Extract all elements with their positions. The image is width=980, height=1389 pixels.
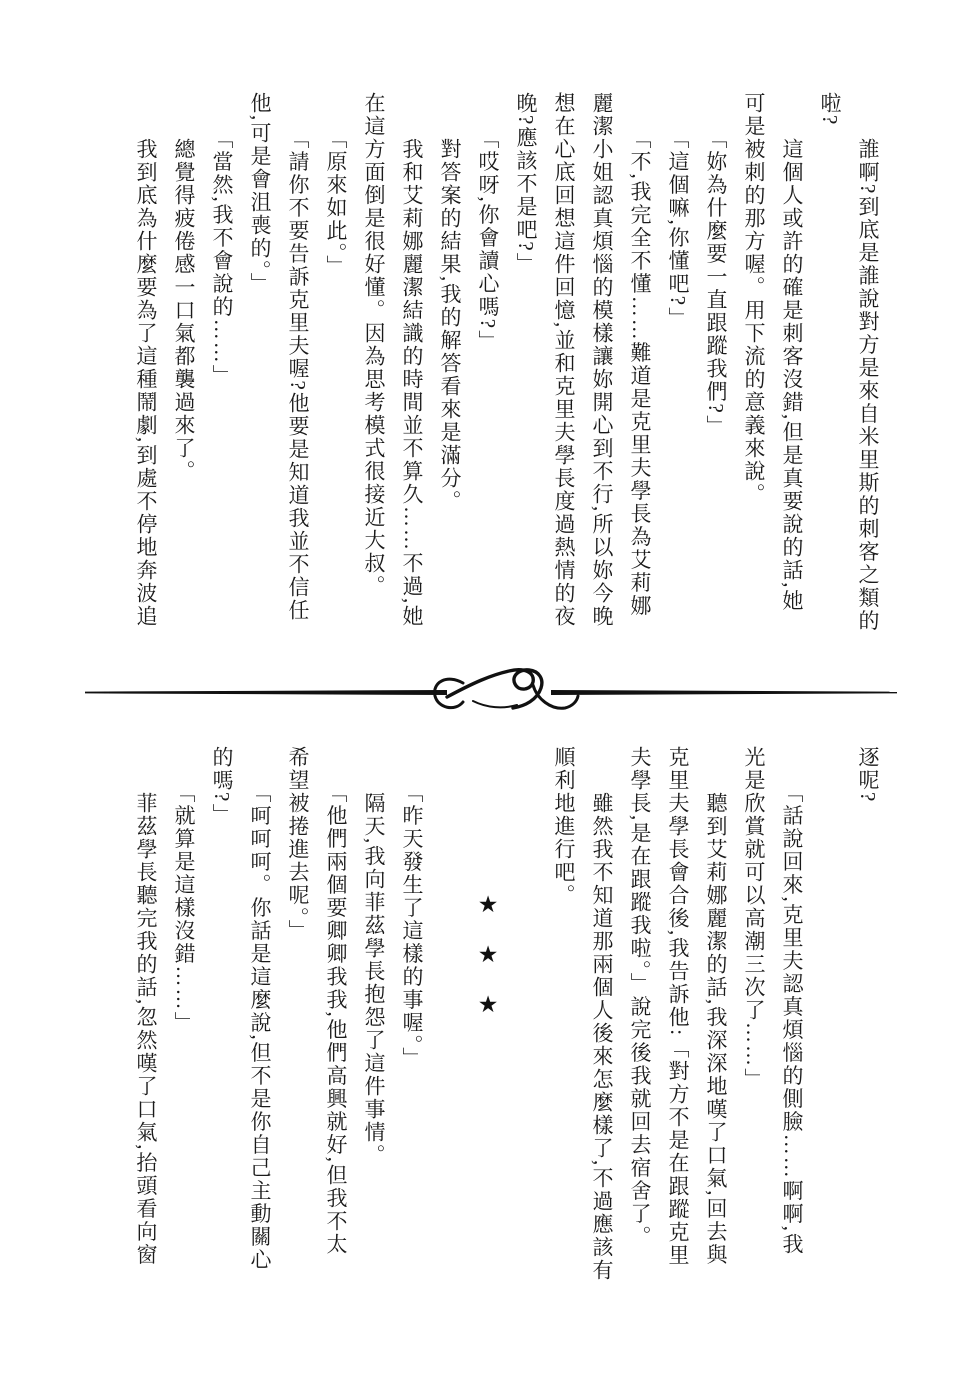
top-text-block: 誰啊?到底是誰說對方是來自米里斯的刺客之類的啦? 這個人或許的確是刺客沒錯,但是…	[127, 92, 887, 648]
text-column: 菲茲學長聽完我的話,忽然嘆了口氣,抬頭看向窗	[127, 746, 165, 1302]
text-column: 誰啊?到底是誰說對方是來自米里斯的刺客之類的	[849, 92, 887, 648]
text-column: 「這個嘛,你懂吧?」	[659, 92, 697, 648]
text-column: 「妳為什麼要一直跟蹤我們?」	[697, 92, 735, 648]
text-column: 順利地進行吧。	[545, 746, 583, 1302]
text-column: 「呵呵呵。你話是這麼說,但不是你自己主動關心	[241, 746, 279, 1302]
text-column: 「當然,我不會說的……」	[203, 92, 241, 648]
text-column: 夫學長,是在跟蹤我啦。」說完後我就回去宿舍了。	[621, 746, 659, 1302]
text-column: 「請你不要告訴克里夫喔?他要是知道我並不信任	[279, 92, 317, 648]
divider-line-right	[551, 690, 897, 695]
divider-line-left	[85, 690, 447, 695]
blank-column	[431, 746, 469, 1302]
text-column: 可是被刺的那方喔。用下流的意義來說。	[735, 92, 773, 648]
text-column: 我到底為什麼要為了這種鬧劇,到處不停地奔波追	[127, 92, 165, 648]
text-column: 雖然我不知道那兩個人後來怎麼樣了,不過應該有	[583, 746, 621, 1302]
text-column: 「原來如此。」	[317, 92, 355, 648]
text-column: 總覺得疲倦感一口氣都襲過來了。	[165, 92, 203, 648]
text-column: 想在心底回想這件回憶,並和克里夫學長度過熱情的夜	[545, 92, 583, 648]
text-column: 逐呢?	[849, 746, 887, 1302]
blank-column	[811, 746, 849, 1302]
calligraphic-flourish-icon	[425, 655, 595, 725]
text-column: 在這方面倒是很好懂。因為思考模式很接近大叔。	[355, 92, 393, 648]
text-column: 的嗎?」	[203, 746, 241, 1302]
text-column: 「就算是這樣沒錯……」	[165, 746, 203, 1302]
blank-column	[507, 746, 545, 1302]
text-column: 晚?應該不是吧?」	[507, 92, 545, 648]
scene-break-stars: ★★★	[469, 746, 507, 1302]
text-column: 「不,我完全不懂……難道是克里夫學長為艾莉娜	[621, 92, 659, 648]
text-column: 啦?	[811, 92, 849, 648]
text-column: 「昨天發生了這樣的事喔。」	[393, 746, 431, 1302]
text-column: 這個人或許的確是刺客沒錯,但是真要說的話,她	[773, 92, 811, 648]
text-column: 「話說回來,克里夫認真煩惱的側臉……啊啊,我	[773, 746, 811, 1302]
text-column: 對答案的結果,我的解答看來是滿分。	[431, 92, 469, 648]
text-column: 「哎呀,你會讀心嗎?」	[469, 92, 507, 648]
text-column: 「他們兩個要卿卿我我,他們高興就好,但我不太	[317, 746, 355, 1302]
text-column: 聽到艾莉娜麗潔的話,我深深地嘆了口氣,回去與	[697, 746, 735, 1302]
text-column: 他,可是會沮喪的。」	[241, 92, 279, 648]
text-column: 希望被捲進去呢。」	[279, 746, 317, 1302]
text-column: 我和艾莉娜麗潔結識的時間並不算久……不過,她	[393, 92, 431, 648]
text-column: 克里夫學長會合後,我告訴他:「對方不是在跟蹤克里	[659, 746, 697, 1302]
text-column: 隔天,我向菲茲學長抱怨了這件事情。	[355, 746, 393, 1302]
bottom-text-block: 逐呢? 「話說回來,克里夫認真煩惱的側臉……啊啊,我光是欣賞就可以高潮三次了………	[127, 746, 887, 1302]
text-column: 光是欣賞就可以高潮三次了……」	[735, 746, 773, 1302]
text-column: 麗潔小姐認真煩惱的模樣讓妳開心到不行,所以妳今晚	[583, 92, 621, 648]
